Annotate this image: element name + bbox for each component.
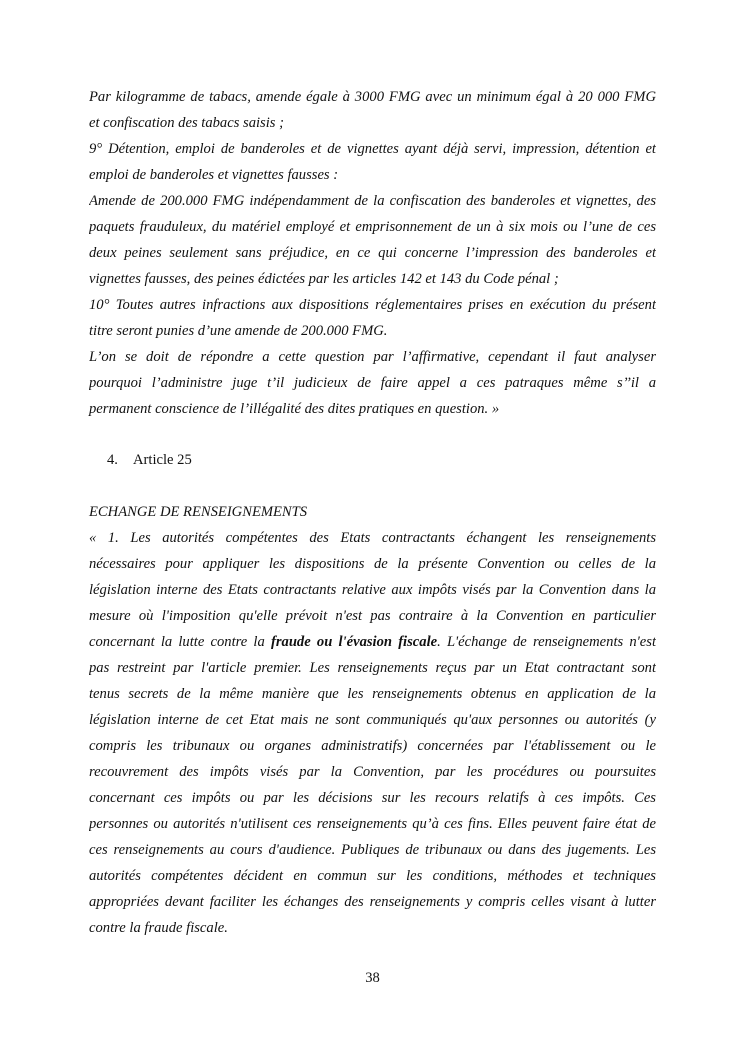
text-line: tenus secrets de la même manière que les… [89, 681, 656, 707]
text-line: emploi de banderoles et vignettes fausse… [89, 162, 656, 188]
text-line: appropriées devant faciliter les échange… [89, 889, 656, 915]
text-line: vignettes fausses, des peines édictées p… [89, 266, 656, 292]
text-line: contre la fraude fiscale. [89, 915, 656, 941]
list-number: 4. [107, 447, 133, 473]
text-line: recouvrement des impôts visés par la Con… [89, 759, 656, 785]
text-line: compris les tribunaux ou organes adminis… [89, 733, 656, 759]
text-line: mesure où l'imposition qu'elle prévoit n… [89, 603, 656, 629]
text-line: concernant ces impôts ou par les décisio… [89, 785, 656, 811]
text-line: paquets frauduleux, du matériel employé … [89, 214, 656, 240]
bold-phrase: fraude ou l'évasion fiscale [271, 634, 437, 650]
text-line: « 1. Les autorités compétentes des Etats… [89, 525, 656, 551]
text-segment: concernant la lutte contre la [89, 634, 271, 650]
list-label: Article 25 [133, 452, 192, 468]
text-line: pourquoi l’administre juge t’il judicieu… [89, 370, 656, 396]
text-line: ces renseignements au cours d'audience. … [89, 837, 656, 863]
list-item-article-25: 4.Article 25 [107, 447, 192, 473]
text-line: 9° Détention, emploi de banderoles et de… [89, 136, 656, 162]
text-line: titre seront punies d’une amende de 200.… [89, 318, 656, 344]
text-line: pas restreint par l'article premier. Les… [89, 655, 656, 681]
text-line: législation interne des Etats contractan… [89, 577, 656, 603]
paragraph-penalties: Par kilogramme de tabacs, amende égale à… [89, 84, 656, 422]
text-line: Amende de 200.000 FMG indépendamment de … [89, 188, 656, 214]
text-line: autorités compétentes décident en commun… [89, 863, 656, 889]
section-heading: ECHANGE DE RENSEIGNEMENTS [89, 499, 656, 525]
text-line: nécessaires pour appliquer les dispositi… [89, 551, 656, 577]
page-number: 38 [0, 970, 745, 987]
text-line: L’on se doit de répondre a cette questio… [89, 344, 656, 370]
document-page: Par kilogramme de tabacs, amende égale à… [0, 0, 745, 1053]
text-segment: . L'échange de renseignements n'est [437, 634, 656, 650]
text-line: deux peines seulement sans préjudice, en… [89, 240, 656, 266]
text-line-with-bold: concernant la lutte contre la fraude ou … [89, 629, 656, 655]
paragraph-article-25: ECHANGE DE RENSEIGNEMENTS « 1. Les autor… [89, 499, 656, 941]
text-line: permanent conscience de l’illégalité des… [89, 396, 656, 422]
text-line: personnes ou autorités n'utilisent ces r… [89, 811, 656, 837]
text-line: législation interne de cet Etat mais ne … [89, 707, 656, 733]
text-line: Par kilogramme de tabacs, amende égale à… [89, 84, 656, 110]
text-line: et confiscation des tabacs saisis ; [89, 110, 656, 136]
text-line: 10° Toutes autres infractions aux dispos… [89, 292, 656, 318]
